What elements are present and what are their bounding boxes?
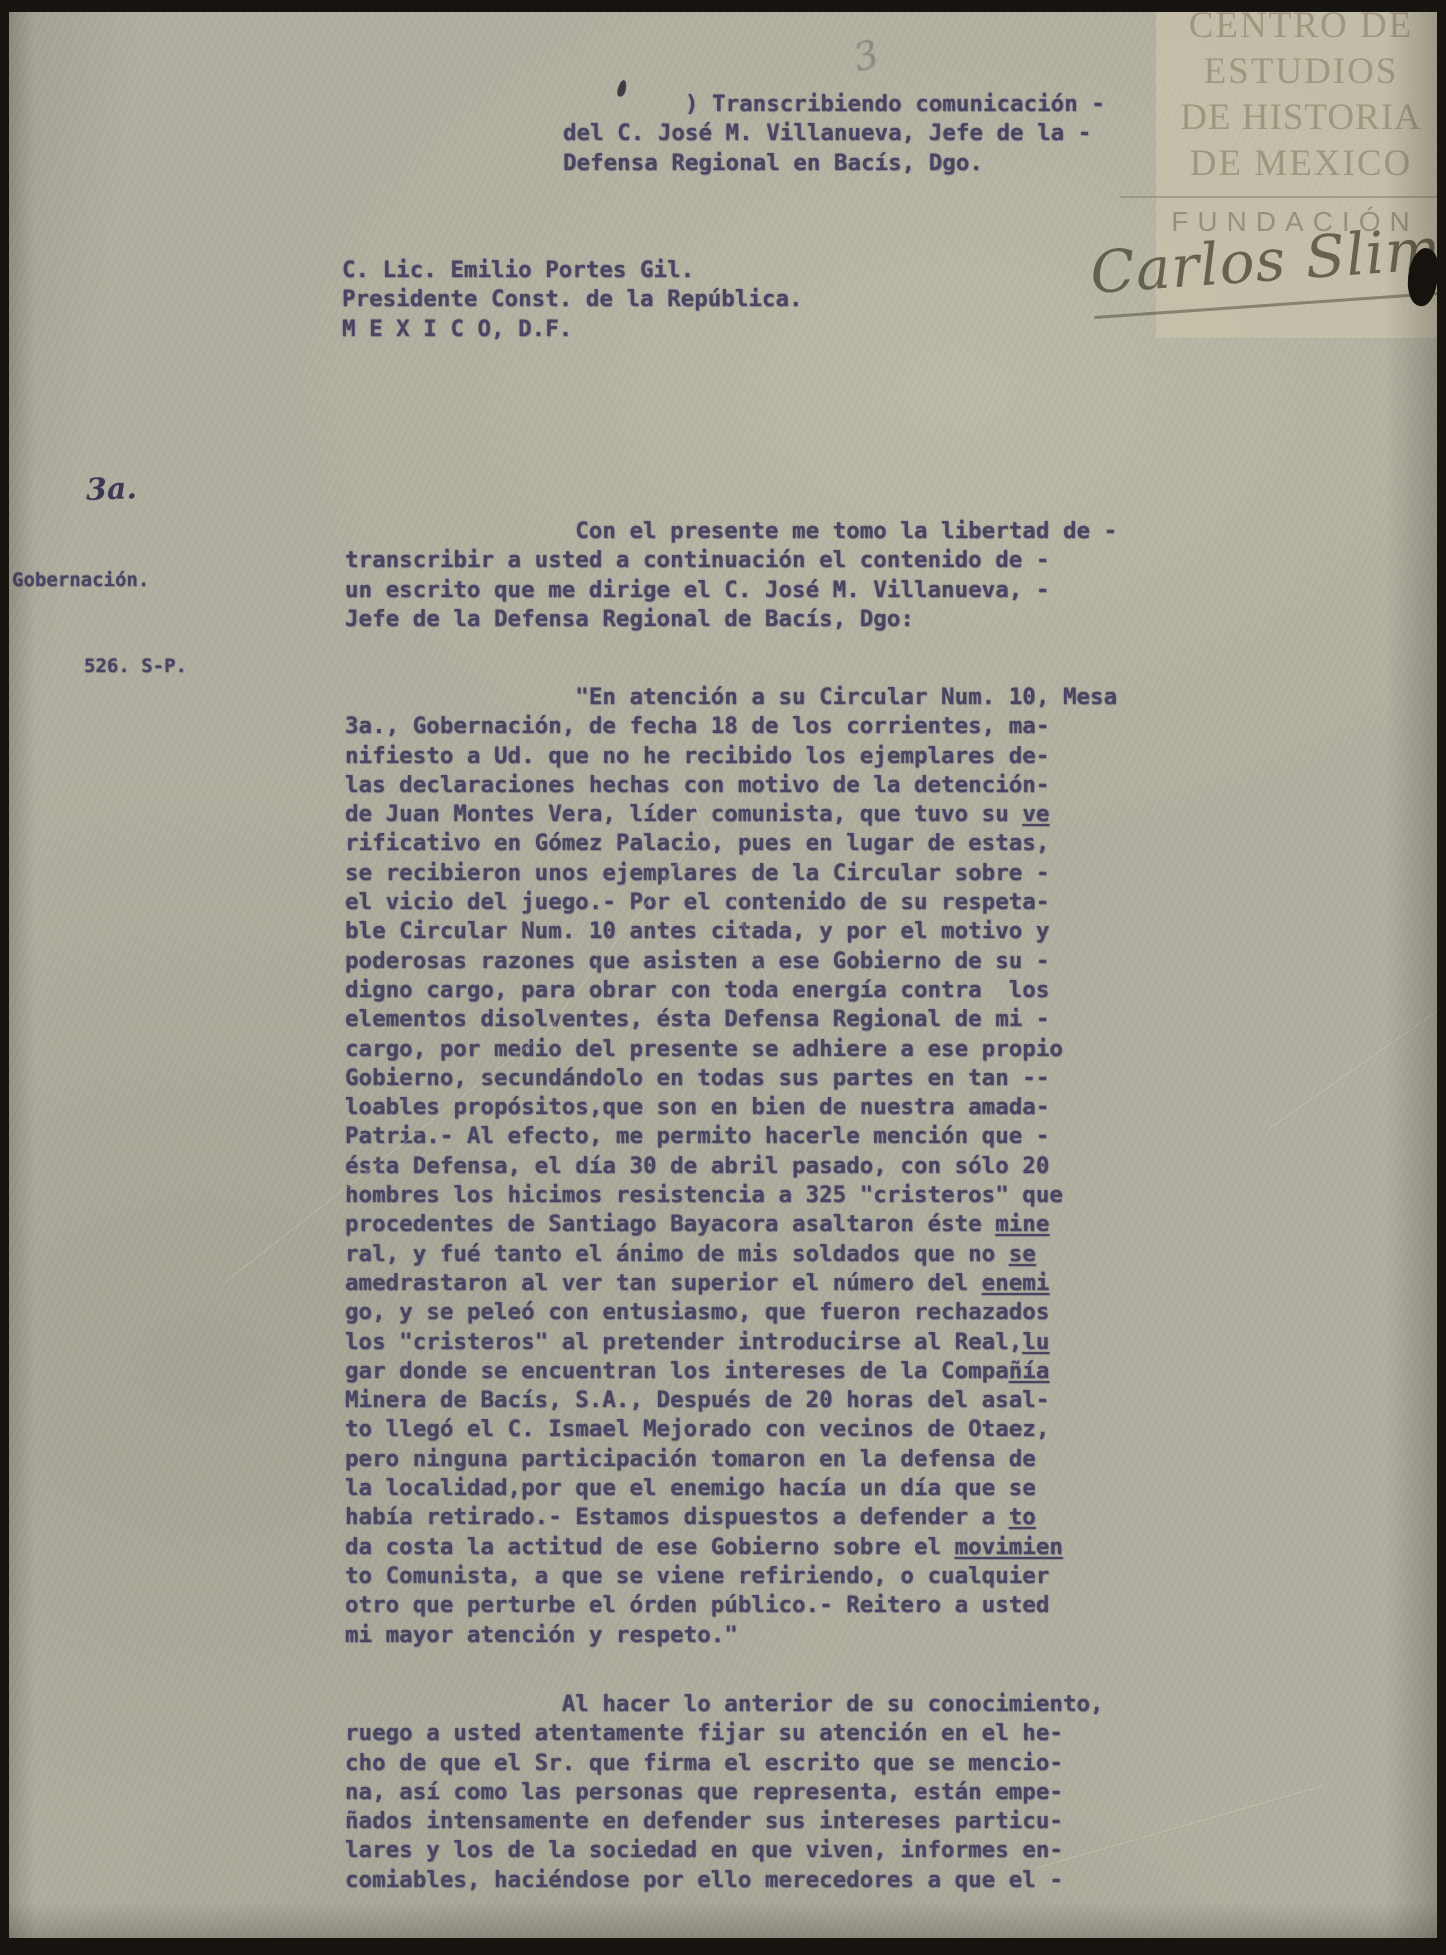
scan-shadow-left — [9, 0, 35, 1955]
text-line: rificativo en Gómez Palacio, pues en lug… — [345, 829, 1117, 858]
text-line: poderosas razones que asisten a ese Gobi… — [345, 947, 1117, 976]
margin-note-file-number: 526. S-P. — [84, 652, 187, 681]
text-line: amedrastaron al ver tan superior el núme… — [345, 1269, 1117, 1298]
scan-shadow-bottom — [0, 1902, 1446, 1938]
text-line: un escrito que me dirige el C. José M. V… — [345, 576, 1117, 605]
text-line: comiables, haciéndose por ello merecedor… — [345, 1866, 1104, 1895]
text-line: de Juan Montes Vera, líder comunista, qu… — [345, 800, 1117, 829]
text-line: cho de que el Sr. que firma el escrito q… — [345, 1749, 1104, 1778]
text-line: 3a., Gobernación, de fecha 18 de los cor… — [345, 712, 1117, 741]
text-line: to llegó el C. Ismael Mejorado con vecin… — [345, 1415, 1117, 1444]
text-line: na, así como las personas que representa… — [345, 1778, 1104, 1807]
scan-shadow-right — [1385, 0, 1437, 1955]
text-line: ) Transcribiendo comunicación - — [563, 90, 1105, 119]
text-line: pero ninguna participación tomaron en la… — [345, 1445, 1117, 1474]
text-line: "En atención a su Circular Num. 10, Mesa — [345, 683, 1117, 712]
text-line: M E X I C O, D.F. — [342, 315, 803, 344]
text-line: hombres los hicimos resistencia a 325 "c… — [345, 1181, 1117, 1210]
text-line: Con el presente me tomo la libertad de - — [345, 517, 1117, 546]
text-line: los "cristeros" al pretender introducirs… — [345, 1328, 1117, 1357]
text-line: la localidad,por que el enemigo hacía un… — [345, 1474, 1117, 1503]
text-line: había retirado.- Estamos dispuestos a de… — [345, 1503, 1117, 1532]
text-line: las declaraciones hechas con motivo de l… — [345, 771, 1117, 800]
paragraph-closing: Al hacer lo anterior de su conocimiento,… — [345, 1690, 1104, 1895]
paragraph-transcribed-letter: "En atención a su Circular Num. 10, Mesa… — [345, 683, 1117, 1650]
text-line: ral, y fué tanto el ánimo de mis soldado… — [345, 1240, 1117, 1269]
text-line: Patria.- Al efecto, me permito hacerle m… — [345, 1122, 1117, 1151]
text-line: otro que perturbe el órden público.- Rei… — [345, 1591, 1117, 1620]
text-line: nifiesto a Ud. que no he recibido los ej… — [345, 742, 1117, 771]
text-line: lares y los de la sociedad en que viven,… — [345, 1836, 1104, 1865]
text-line: digno cargo, para obrar con toda energía… — [345, 976, 1117, 1005]
text-line: ruego a usted atentamente fijar su atenc… — [345, 1719, 1104, 1748]
text-line: Defensa Regional en Bacís, Dgo. — [563, 149, 1105, 178]
paragraph-introduction: Con el presente me tomo la libertad de -… — [345, 517, 1117, 634]
text-line: da costa la actitud de ese Gobierno sobr… — [345, 1533, 1117, 1562]
scan-edge-right — [1437, 0, 1446, 1955]
text-line: mi mayor atención y respeto." — [345, 1621, 1117, 1650]
scan-edge-top — [0, 0, 1446, 12]
transcription-header: ) Transcribiendo comunicación -del C. Jo… — [563, 90, 1105, 178]
scan-edge-bottom — [0, 1938, 1446, 1955]
text-line: ésta Defensa, el día 30 de abril pasado,… — [345, 1152, 1117, 1181]
text-line: Al hacer lo anterior de su conocimiento, — [345, 1690, 1104, 1719]
text-line: Gobierno, secundándolo en todas sus part… — [345, 1064, 1117, 1093]
text-line: go, y se peleó con entusiasmo, que fuero… — [345, 1298, 1117, 1327]
text-line: Jefe de la Defensa Regional de Bacís, Dg… — [345, 605, 1117, 634]
text-line: se recibieron unos ejemplares de la Circ… — [345, 859, 1117, 888]
text-line: del C. José M. Villanueva, Jefe de la - — [563, 119, 1105, 148]
text-line: to Comunista, a que se viene refiriendo,… — [345, 1562, 1117, 1591]
text-line: Presidente Const. de la República. — [342, 285, 803, 314]
text-line: transcribir a usted a continuación el co… — [345, 546, 1117, 575]
pencil-mark: 3 — [849, 32, 883, 81]
scan-edge-left — [0, 0, 9, 1955]
text-line: ñados intensamente en defender sus inter… — [345, 1807, 1104, 1836]
document-page: CENTRO DE ESTUDIOS DE HISTORIA DE MEXICO… — [0, 0, 1446, 1955]
text-line: Minera de Bacís, S.A., Después de 20 hor… — [345, 1386, 1117, 1415]
text-line: procedentes de Santiago Bayacora asaltar… — [345, 1210, 1117, 1239]
text-line: gar donde se encuentran los intereses de… — [345, 1357, 1117, 1386]
margin-note-mesa: 3a. — [85, 471, 137, 508]
text-line: C. Lic. Emilio Portes Gil. — [342, 256, 803, 285]
text-line: ble Circular Num. 10 antes citada, y por… — [345, 917, 1117, 946]
recipient-address: C. Lic. Emilio Portes Gil.Presidente Con… — [342, 256, 803, 344]
text-line: elementos disolventes, ésta Defensa Regi… — [345, 1005, 1117, 1034]
text-line: cargo, por medio del presente se adhiere… — [345, 1035, 1117, 1064]
